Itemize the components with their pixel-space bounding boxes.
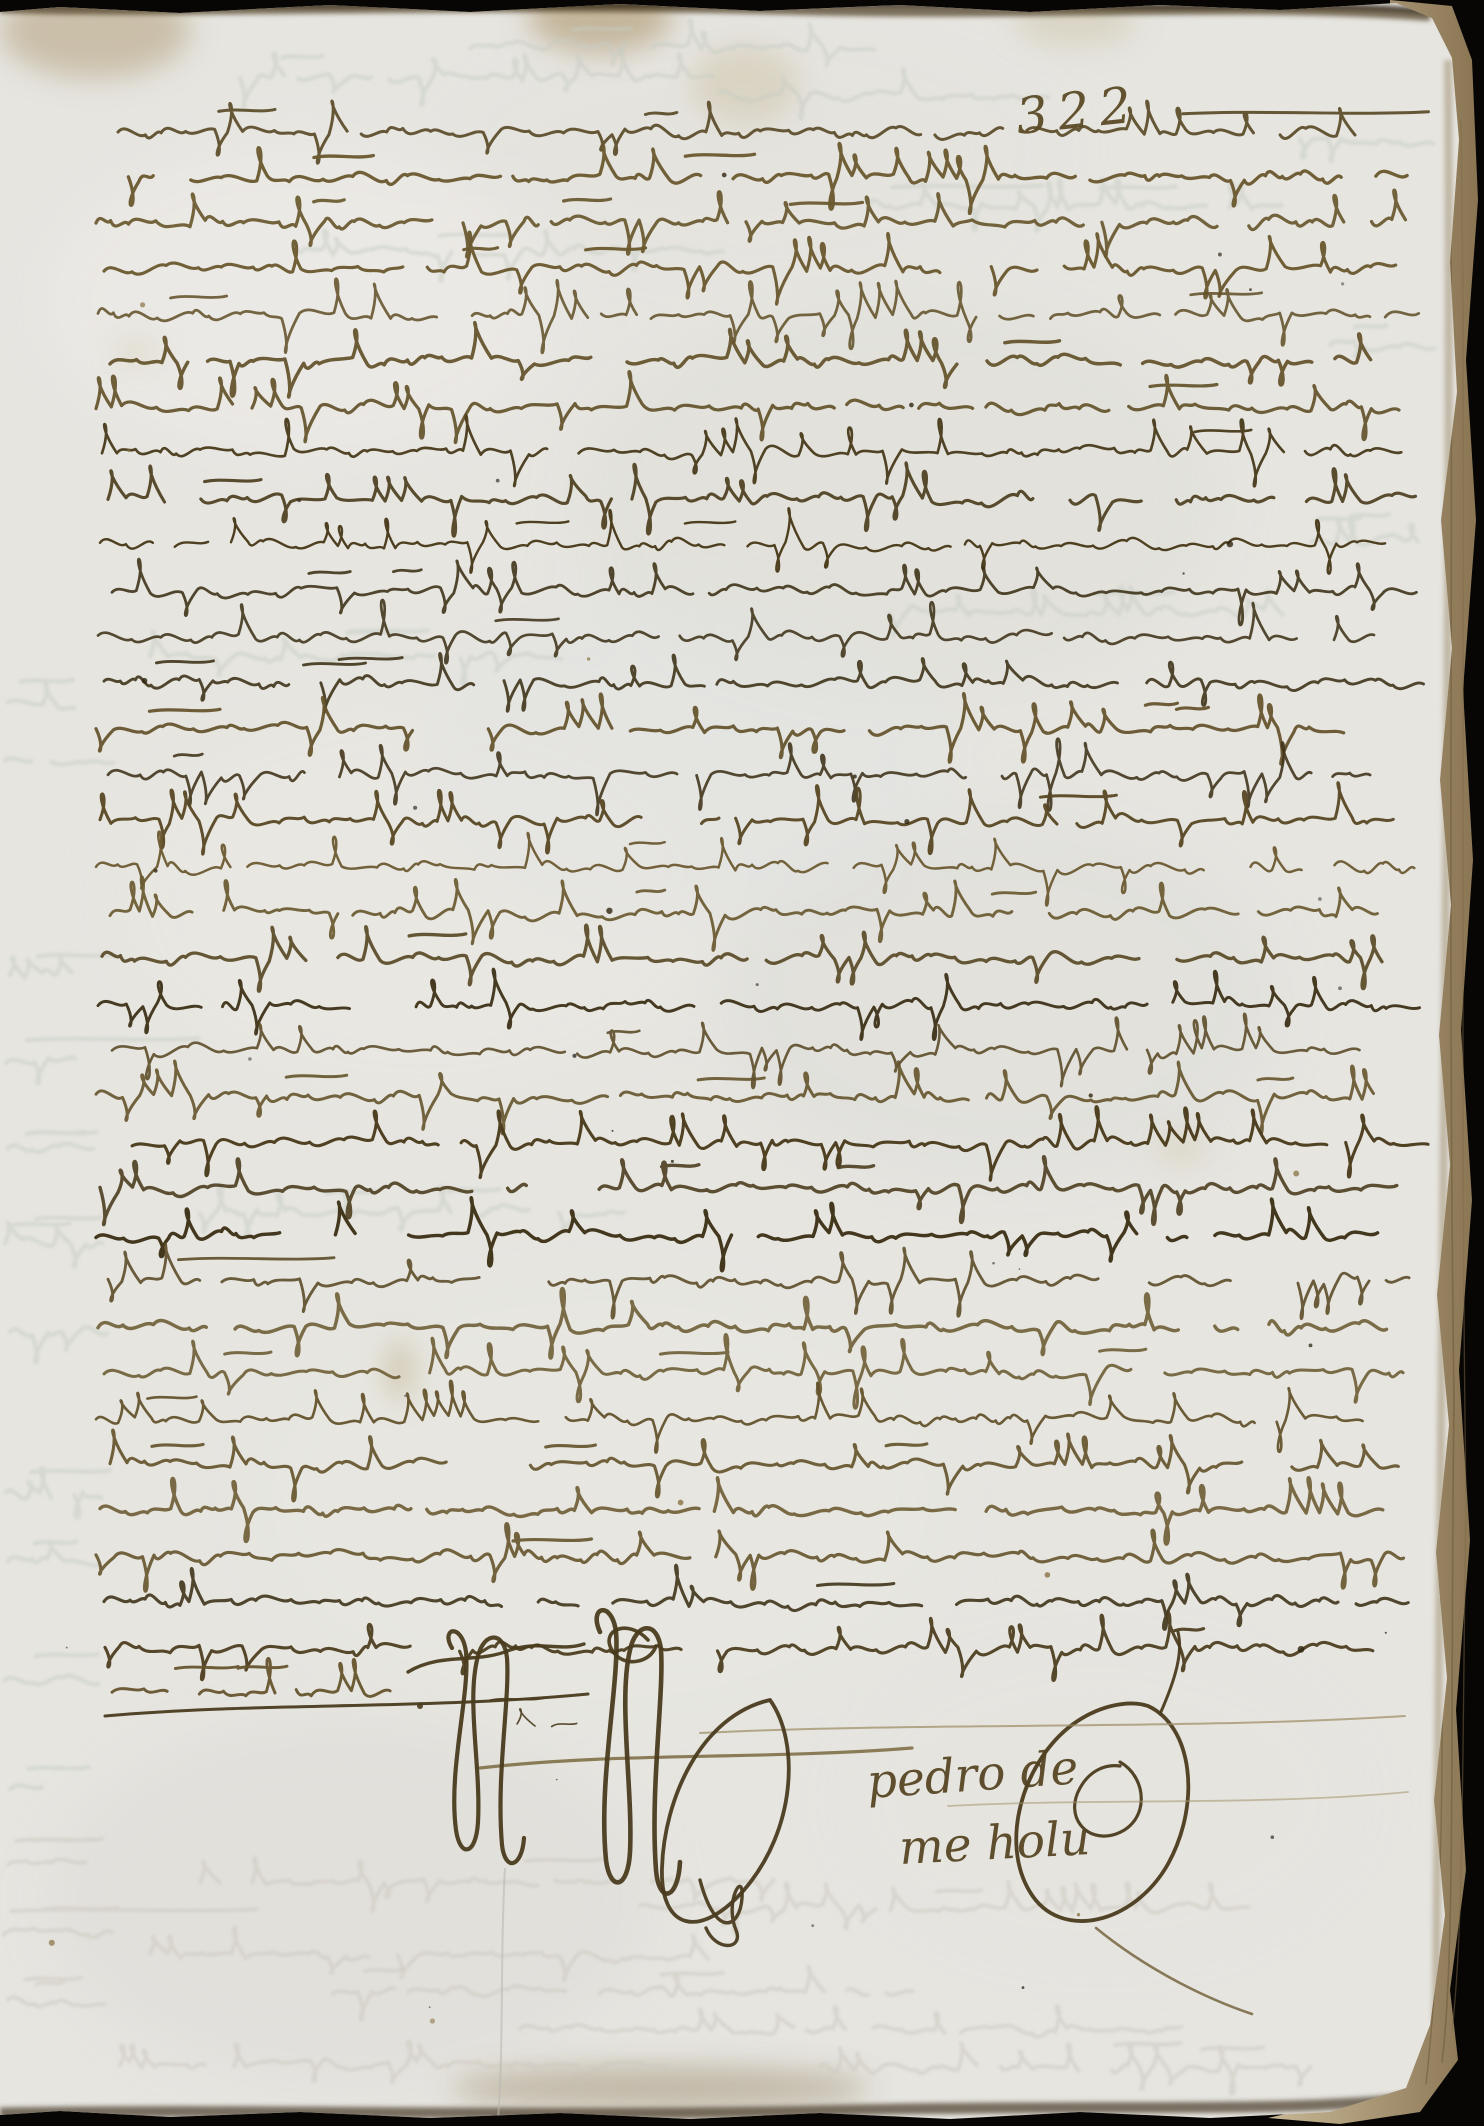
manuscript-scene: 322 pedro de me holu: [0, 0, 1484, 2126]
paper-fleck: [140, 302, 145, 307]
ink-blob: [1298, 1646, 1305, 1653]
stain: [1156, 1132, 1208, 1164]
stain: [386, 1340, 414, 1400]
ink-speck: [811, 1924, 814, 1927]
paper-fleck: [49, 1940, 55, 1946]
ink-blob: [722, 173, 727, 178]
ink-speck: [1271, 1835, 1275, 1839]
ink-speck: [756, 983, 759, 986]
ink-speck: [556, 1779, 558, 1781]
ink-speck: [611, 1130, 613, 1132]
paper-fleck: [430, 2018, 435, 2023]
ink-speck: [1385, 1632, 1387, 1634]
ink-speck: [404, 1395, 406, 1397]
ink-blob: [142, 678, 148, 684]
ink-blob: [606, 908, 612, 914]
paper-fleck: [127, 449, 130, 452]
ink-speck: [1249, 288, 1252, 291]
ink-blob: [904, 819, 909, 824]
ink-blob: [1227, 541, 1233, 547]
ink-speck: [1338, 986, 1342, 990]
ink-speck: [1309, 1343, 1313, 1347]
ink-speck: [297, 499, 301, 503]
ink-blob: [154, 869, 158, 873]
ink-speck: [1182, 572, 1184, 574]
ink-speck: [992, 1262, 995, 1265]
ink-blob: [1089, 1093, 1093, 1097]
ink-speck: [1022, 1986, 1025, 1989]
signature-name-line2: me holu: [898, 1811, 1092, 1876]
ink-blob: [853, 774, 857, 778]
ink-speck: [496, 479, 500, 483]
ink-speck: [671, 1160, 674, 1163]
paper-fleck: [1045, 1572, 1051, 1578]
ink-speck: [429, 2006, 431, 2008]
ink-speck: [572, 1054, 576, 1058]
ink-speck: [1341, 282, 1344, 285]
ink-speck: [1019, 1268, 1021, 1270]
ink-blob: [909, 403, 914, 408]
ink-speck: [248, 1057, 252, 1061]
paper-fleck: [678, 1500, 684, 1506]
paper-fleck: [1293, 1171, 1299, 1177]
ink-speck: [413, 806, 417, 810]
ink-speck: [1218, 253, 1222, 257]
paper-fleck: [1077, 1913, 1080, 1916]
ink-speck: [66, 1647, 68, 1649]
paper-fleck: [587, 657, 590, 660]
stain: [450, 2066, 870, 2110]
ink-dot: [417, 1703, 423, 1709]
ink-speck: [1318, 897, 1322, 901]
manuscript-photo: 322 pedro de me holu: [0, 0, 1484, 2126]
